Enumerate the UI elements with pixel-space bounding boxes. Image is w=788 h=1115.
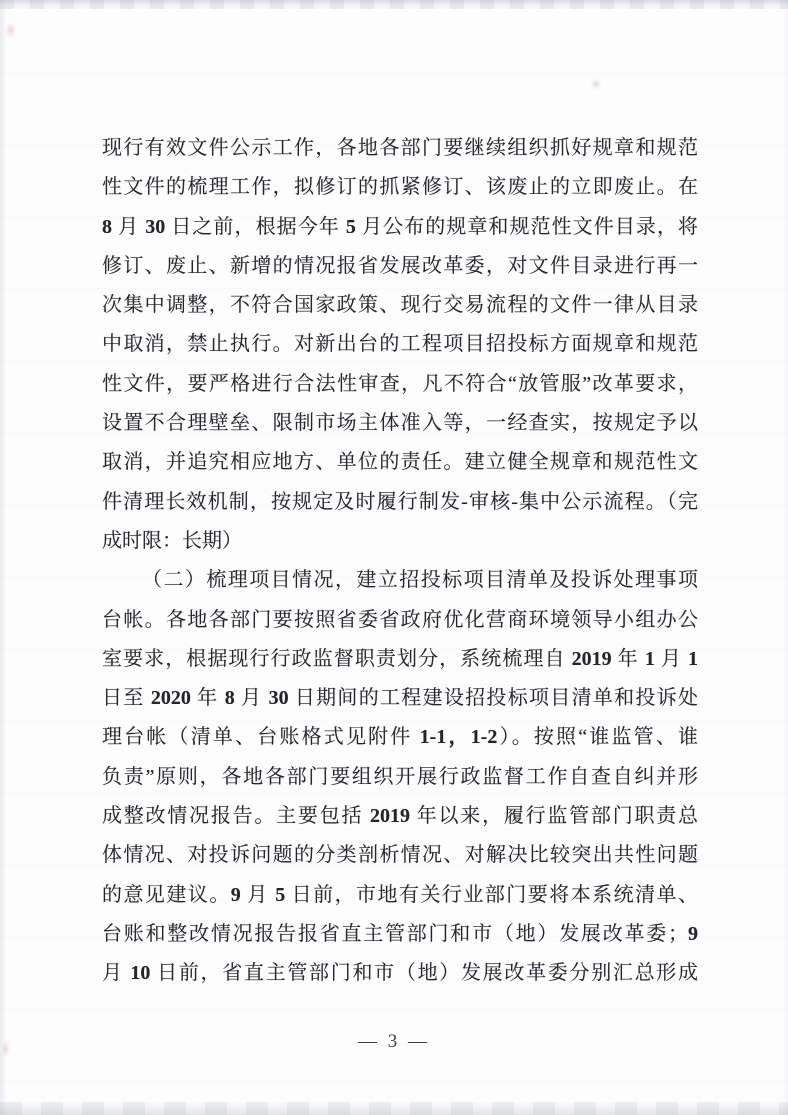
scan-artifact-top-edge bbox=[0, 0, 788, 9]
text-line: 修订、废止、新增的情况报省发展改革委，对文件目录进行再一 bbox=[102, 247, 698, 286]
text-line: 负责”原则，各地各部门要组织开展行政监督工作自查自纠并形 bbox=[102, 758, 698, 797]
text-line: （二）梳理项目情况，建立招投标项目清单及投诉处理事项 bbox=[102, 561, 698, 600]
bold-number-segment: 8 bbox=[225, 687, 235, 709]
text-segment: 月 bbox=[235, 687, 269, 709]
text-line: 成时限：长期） bbox=[102, 522, 698, 561]
page-number: — 3 — bbox=[0, 1031, 788, 1053]
text-segment: 月 bbox=[655, 648, 688, 670]
bold-number-segment: 8 bbox=[102, 216, 112, 238]
text-segment: 年 bbox=[612, 648, 645, 670]
text-segment: 次集中调整，不符合国家政策、现行交易流程的文件一律从目录 bbox=[102, 294, 698, 316]
text-line: 成整改情况报告。主要包括 2019 年以来，履行监管部门职责总 bbox=[102, 797, 698, 836]
text-segment: （二）梳理项目情况，建立招投标项目清单及投诉处理事项 bbox=[142, 569, 698, 591]
text-segment: 性文件的梳理工作，拟修订的抓紧修订、该废止的立即废止。在 bbox=[102, 176, 698, 198]
text-line: 日至 2020 年 8 月 30 日期间的工程建设招投标项目清单和投诉处 bbox=[102, 679, 698, 718]
bold-number-segment: 1 bbox=[645, 648, 655, 670]
text-segment: 修订、废止、新增的情况报省发展改革委，对文件目录进行再一 bbox=[102, 255, 698, 277]
text-segment: 日期间的工程建设招投标项目清单和投诉处 bbox=[289, 687, 698, 709]
text-line: 性文件，要严格进行合法性审查，凡不符合“放管服”改革要求， bbox=[102, 365, 698, 404]
text-segment: 月 bbox=[241, 884, 275, 906]
text-line: 性文件的梳理工作，拟修订的抓紧修订、该废止的立即废止。在 bbox=[102, 168, 698, 207]
text-segment: 室要求，根据现行行政监督职责划分，系统梳理自 bbox=[102, 648, 572, 670]
text-line: 取消，并追究相应地方、单位的责任。建立健全规章和规范性文 bbox=[102, 443, 698, 482]
text-line: 件清理长效机制，按规定及时履行制发-审核-集中公示流程。（完 bbox=[102, 483, 698, 522]
bold-number-segment: 5 bbox=[346, 216, 356, 238]
text-line: 设置不合理壁垒、限制市场主体准入等，一经查实，按规定予以 bbox=[102, 404, 698, 443]
text-segment: 年 bbox=[191, 687, 225, 709]
text-segment: 月 bbox=[102, 962, 130, 984]
text-segment: 件清理长效机制，按规定及时履行制发-审核-集中公示流程。（完 bbox=[102, 491, 698, 513]
bold-number-segment: 30 bbox=[145, 216, 165, 238]
text-segment: 取消，并追究相应地方、单位的责任。建立健全规章和规范性文 bbox=[102, 451, 698, 473]
text-line: 现行有效文件公示工作，各地各部门要继续组织抓好规章和规范 bbox=[102, 129, 698, 168]
text-segment: 体情况、对投诉问题的分类剖析情况、对解决比较突出共性问题 bbox=[102, 844, 698, 866]
text-line: 室要求，根据现行行政监督职责划分，系统梳理自 2019 年 1 月 1 bbox=[102, 640, 698, 679]
scanned-document-page: 现行有效文件公示工作，各地各部门要继续组织抓好规章和规范性文件的梳理工作，拟修订… bbox=[0, 0, 788, 1115]
text-segment: 理台帐（清单、台账格式见附件 bbox=[102, 726, 420, 748]
text-segment: ）。按照“谁监管、谁 bbox=[497, 726, 698, 748]
text-segment: 现行有效文件公示工作，各地各部门要继续组织抓好规章和规范 bbox=[102, 137, 698, 159]
text-segment: 年以来，履行监管部门职责总 bbox=[410, 805, 698, 827]
text-segment: 月 bbox=[112, 216, 145, 238]
text-line: 理台帐（清单、台账格式见附件 1-1，1-2）。按照“谁监管、谁 bbox=[102, 718, 698, 757]
text-line: 月 10 日前，省直主管部门和市（地）发展改革委分别汇总形成 bbox=[102, 954, 698, 993]
bold-number-segment: 10 bbox=[130, 962, 150, 984]
text-segment: 成整改情况报告。主要包括 bbox=[102, 805, 370, 827]
bold-number-segment: 2020 bbox=[151, 687, 191, 709]
text-segment: 台账和整改情况报告报省直主管部门和市（地）发展改革委； bbox=[102, 923, 688, 945]
bold-number-segment: 5 bbox=[275, 884, 285, 906]
text-segment: 中取消，禁止执行。对新出台的工程项目招投标方面规章和规范 bbox=[102, 333, 698, 355]
text-line: 次集中调整，不符合国家政策、现行交易流程的文件一律从目录 bbox=[102, 286, 698, 325]
text-segment: 台帐。 bbox=[102, 609, 166, 631]
bold-number-segment: 9 bbox=[231, 884, 241, 906]
text-segment: 月公布的规章和规范性文件目录，将 bbox=[356, 216, 698, 238]
bold-number-segment: 30 bbox=[269, 687, 289, 709]
text-line: 台账和整改情况报告报省直主管部门和市（地）发展改革委；9 bbox=[102, 915, 698, 954]
text-line: 8 月 30 日之前，根据今年 5 月公布的规章和规范性文件目录，将 bbox=[102, 208, 698, 247]
text-segment: 各地各部门要按照省委省政府优化营商环境领导小组办公 bbox=[166, 609, 698, 631]
document-body-text: 现行有效文件公示工作，各地各部门要继续组织抓好规章和规范性文件的梳理工作，拟修订… bbox=[102, 129, 698, 994]
text-segment: 日之前，根据今年 bbox=[165, 216, 346, 238]
text-segment: 日前，市地有关行业部门要将本系统清单、 bbox=[285, 884, 698, 906]
scan-smudge bbox=[590, 78, 602, 90]
text-line: 中取消，禁止执行。对新出台的工程项目招投标方面规章和规范 bbox=[102, 325, 698, 364]
text-line: 的意见建议。9 月 5 日前，市地有关行业部门要将本系统清单、 bbox=[102, 876, 698, 915]
bold-number-segment: 2019 bbox=[572, 648, 612, 670]
text-segment: 日前，省直主管部门和市（地）发展改革委分别汇总形成 bbox=[150, 962, 698, 984]
text-segment: 设置不合理壁垒、限制市场主体准入等，一经查实，按规定予以 bbox=[102, 412, 698, 434]
text-segment: 的意见建议。 bbox=[102, 884, 231, 906]
text-segment: 性文件，要严格进行合法性审查，凡不符合“放管服”改革要求， bbox=[102, 373, 698, 395]
text-line: 台帐。各地各部门要按照省委省政府优化营商环境领导小组办公 bbox=[102, 601, 698, 640]
bold-number-segment: 1-1，1-2 bbox=[420, 726, 498, 748]
bold-number-segment: 2019 bbox=[370, 805, 410, 827]
text-segment: 日至 bbox=[102, 687, 151, 709]
bold-number-segment: 1 bbox=[688, 648, 698, 670]
scan-artifact-right-edge bbox=[783, 0, 788, 1115]
scan-artifact-left-edge bbox=[0, 0, 7, 1115]
bold-number-segment: 9 bbox=[688, 923, 698, 945]
scan-artifact-bottom-edge bbox=[0, 1102, 788, 1115]
text-line: 体情况、对投诉问题的分类剖析情况、对解决比较突出共性问题 bbox=[102, 836, 698, 875]
text-segment: 成时限：长期） bbox=[102, 530, 242, 552]
text-segment: 负责”原则，各地各部门要组织开展行政监督工作自查自纠并形 bbox=[102, 766, 698, 788]
